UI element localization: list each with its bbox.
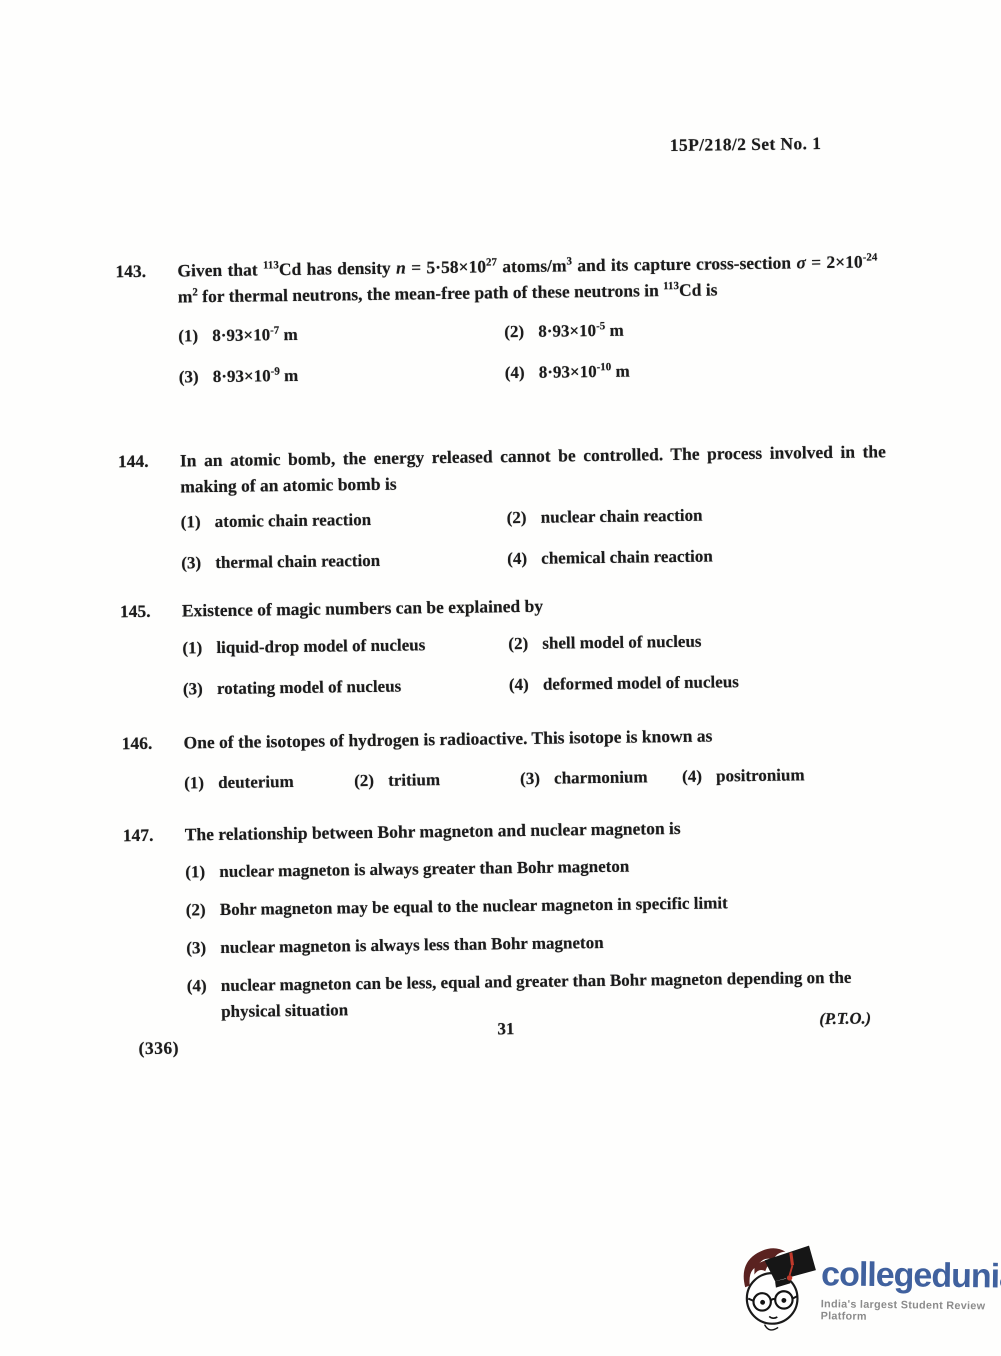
option-label: rotating model of nucleus [217, 672, 509, 702]
question-text: Given that 113Cd has density n = 5·58×10… [177, 248, 878, 309]
option-marker: (1) [178, 323, 212, 349]
option-label: chemical chain reaction [541, 541, 887, 572]
option-label: shell model of nucleus [542, 626, 888, 657]
option-3: (3) charmonium [520, 764, 682, 792]
option-3: (3) nuclear magneton is always less than… [186, 926, 896, 961]
option-label: charmonium [554, 764, 682, 792]
option-label: tritium [388, 766, 520, 794]
paper-code: (336) [138, 1038, 179, 1060]
question-number: 147. [123, 821, 188, 1026]
option-marker: (4) [505, 360, 539, 386]
option-1: (1) deuterium [184, 768, 354, 796]
question-143: 143. Given that 113Cd has density n = 5·… [115, 248, 879, 391]
options-group: (1) nuclear magneton is always greater t… [185, 850, 897, 1025]
question-text: The relationship between Bohr magneton a… [185, 812, 895, 847]
graduate-boy-mascot-icon [733, 1240, 816, 1335]
option-label: nuclear magneton is always less than Boh… [220, 926, 896, 961]
option-4: (4) 8·93×10-10 m [505, 355, 879, 386]
exam-page: 15P/218/2 Set No. 1 143. Given that 113C… [0, 0, 1001, 1356]
option-label: nuclear magneton is always greater than … [219, 850, 895, 885]
question-text: In an atomic bomb, the energy released c… [180, 438, 887, 499]
options-group: (1) 8·93×10-7 m (2) 8·93×10-5 m (3) 8·93… [178, 314, 879, 390]
option-marker: (4) [187, 973, 222, 1025]
brand-tagline: India's largest Student Review Platform [821, 1298, 1001, 1325]
option-marker: (2) [186, 897, 220, 923]
option-2: (2) 8·93×10-5 m [504, 314, 878, 345]
option-3: (3) 8·93×10-9 m [179, 360, 505, 390]
option-label: nuclear magneton can be less, equal and … [221, 964, 898, 1025]
option-marker: (3) [520, 766, 554, 792]
option-3: (3) rotating model of nucleus [183, 672, 509, 702]
option-2: (2) nuclear chain reaction [507, 500, 887, 531]
option-label: 8·93×10-5 m [538, 314, 878, 344]
option-2: (2) Bohr magneton may be equal to the nu… [186, 888, 896, 923]
option-marker: (3) [183, 676, 217, 702]
option-label: Bohr magneton may be equal to the nuclea… [220, 888, 896, 923]
page-number: 31 [497, 1019, 514, 1039]
options-group: (1) liquid-drop model of nucleus (2) she… [182, 626, 889, 702]
pto-note: (P.T.O.) [819, 1008, 871, 1029]
option-1: (1) nuclear magneton is always greater t… [185, 850, 895, 885]
option-marker: (3) [186, 935, 220, 961]
paper-set-reference: 15P/218/2 Set No. 1 [670, 133, 822, 156]
option-marker: (1) [182, 635, 216, 661]
option-marker: (3) [181, 550, 215, 576]
scanned-content: 15P/218/2 Set No. 1 143. Given that 113C… [0, 0, 1001, 1356]
option-marker: (2) [507, 505, 541, 531]
option-marker: (1) [184, 770, 218, 796]
question-147: 147. The relationship between Bohr magne… [123, 812, 898, 1026]
option-label: liquid-drop model of nucleus [216, 631, 508, 661]
option-label: 8·93×10-7 m [212, 319, 504, 349]
question-145: 145. Existence of magic numbers can be e… [120, 588, 889, 703]
option-label: 8·93×10-9 m [213, 360, 505, 390]
question-146: 146. One of the isotopes of hydrogen is … [121, 720, 897, 797]
option-1: (1) atomic chain reaction [181, 505, 507, 535]
options-group: (1) atomic chain reaction (2) nuclear ch… [181, 500, 888, 576]
option-2: (2) tritium [354, 766, 520, 794]
option-label: thermal chain reaction [215, 546, 507, 576]
brand-name: collegedunia [821, 1257, 1001, 1294]
option-marker: (4) [509, 672, 543, 698]
option-label: deformed model of nucleus [543, 667, 889, 698]
question-144: 144. In an atomic bomb, the energy relea… [118, 438, 888, 577]
option-3: (3) thermal chain reaction [181, 546, 507, 576]
option-label: 8·93×10-10 m [539, 355, 879, 385]
option-marker: (3) [179, 364, 213, 390]
options-group: (1) deuterium (2) tritium (3) charmonium… [184, 761, 897, 796]
option-marker: (4) [682, 763, 716, 789]
question-number: 144. [118, 447, 182, 577]
option-2: (2) shell model of nucleus [508, 626, 888, 657]
option-marker: (4) [507, 546, 541, 572]
question-text: One of the isotopes of hydrogen is radio… [183, 720, 896, 755]
option-4: (4) nuclear magneton can be less, equal … [187, 964, 898, 1025]
option-4: (4) chemical chain reaction [507, 541, 887, 572]
question-number: 143. [115, 257, 179, 391]
option-1: (1) liquid-drop model of nucleus [182, 631, 508, 661]
option-1: (1) 8·93×10-7 m [178, 319, 504, 349]
collegedunia-logo: collegedunia .com India's largest Studen… [733, 1240, 1001, 1338]
option-marker: (1) [181, 509, 215, 535]
question-number: 145. [120, 597, 183, 703]
option-label: atomic chain reaction [215, 505, 507, 535]
option-marker: (2) [504, 319, 538, 345]
option-4: (4) deformed model of nucleus [509, 667, 889, 698]
question-number: 146. [121, 729, 184, 797]
option-label: deuterium [218, 768, 354, 796]
option-label: positronium [716, 761, 897, 789]
option-marker: (1) [185, 859, 219, 885]
question-text: Existence of magic numbers can be explai… [182, 588, 888, 623]
option-label: nuclear chain reaction [541, 500, 887, 531]
option-marker: (2) [508, 631, 542, 657]
option-4: (4) positronium [682, 761, 897, 790]
option-marker: (2) [354, 768, 388, 794]
